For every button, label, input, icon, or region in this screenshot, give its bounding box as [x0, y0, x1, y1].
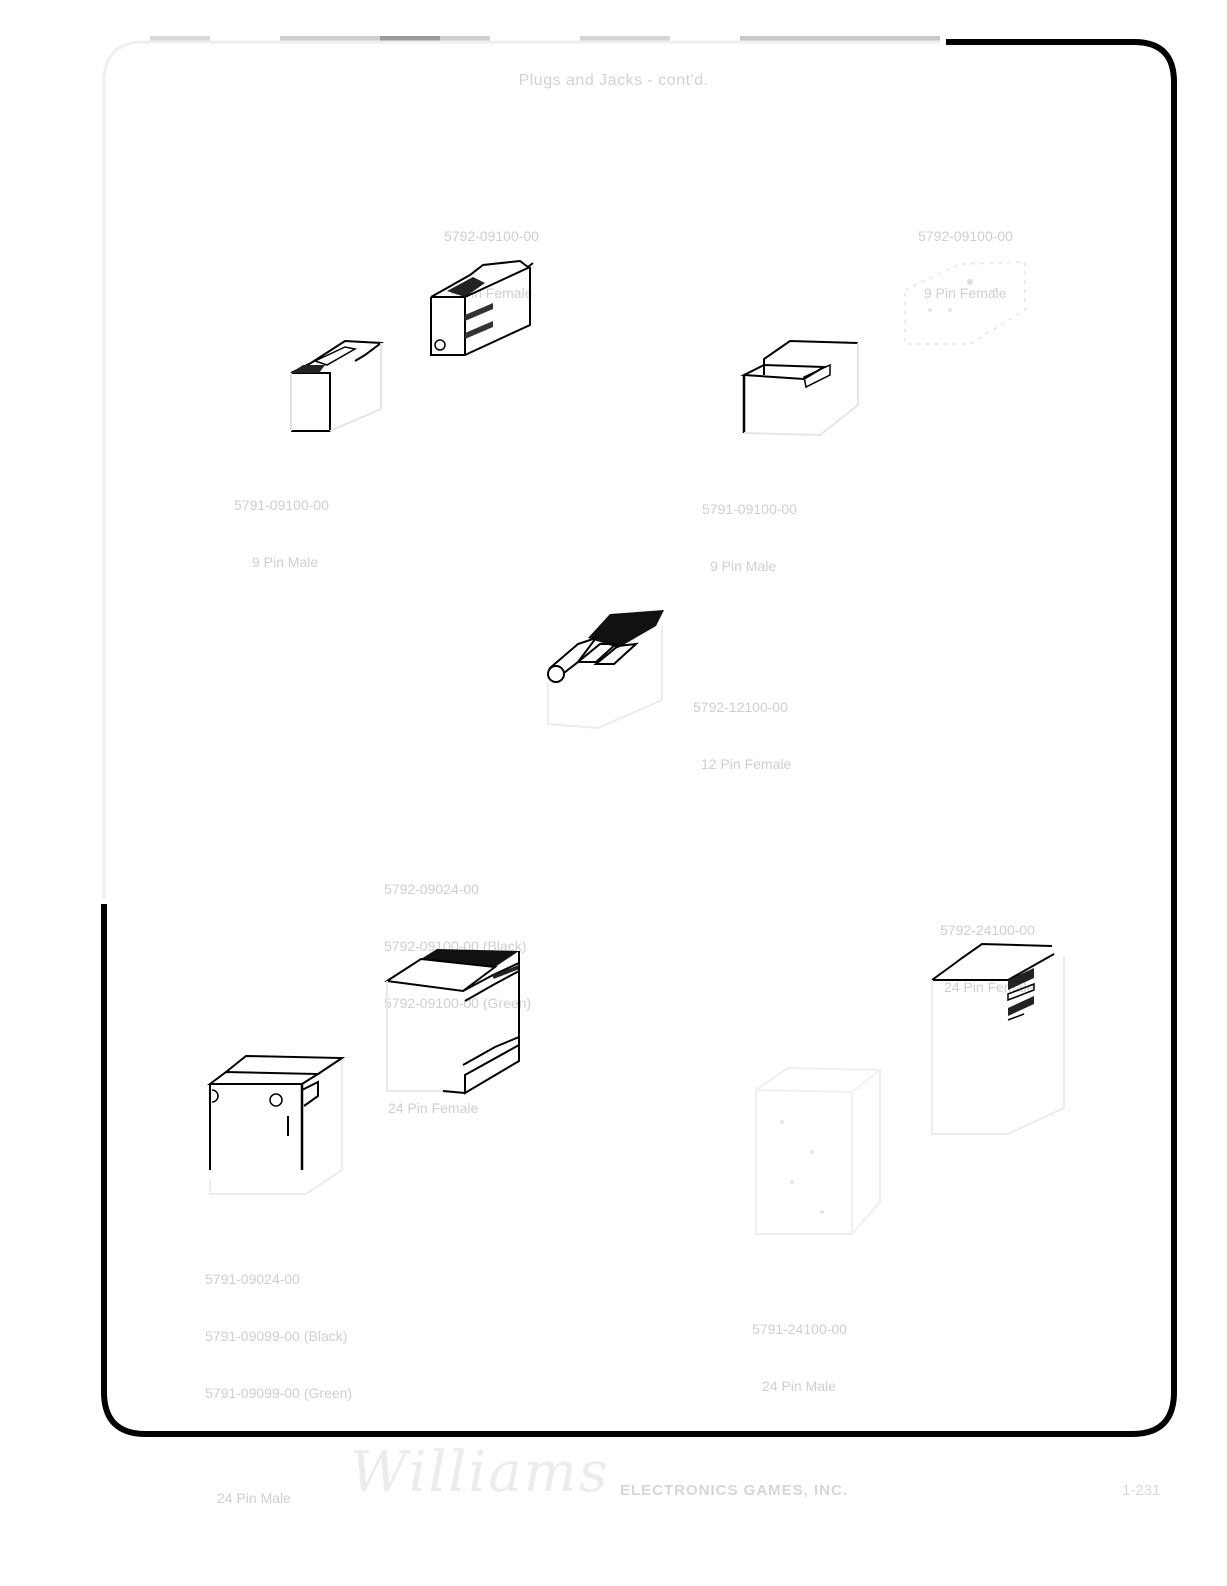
9-pin-female-connector-icon: [900, 250, 1030, 355]
connector-label: 5792-12100-00 12 Pin Female: [693, 660, 791, 793]
connector-label: 5791-09100-00 9 Pin Male: [702, 462, 797, 595]
24-pin-female-connector-icon: [383, 945, 528, 1100]
9-pin-male-connector-icon: [740, 335, 865, 440]
connector-label: 5791-09100-00 9 Pin Male: [234, 458, 329, 591]
9-pin-female-connector-icon: [425, 255, 540, 365]
scan-artifact: [150, 36, 210, 41]
24-pin-male-connector-icon: [206, 1050, 351, 1200]
24-pin-female-connector-icon: [928, 938, 1073, 1143]
scan-artifact: [580, 36, 670, 41]
9-pin-male-connector-icon: [285, 335, 390, 440]
page-number: 1-231: [1122, 1482, 1160, 1499]
page-title: Plugs and Jacks - cont'd.: [0, 72, 1227, 90]
24-pin-male-connector-icon: [752, 1062, 887, 1242]
company-name: ELECTRONICS GAMES, INC.: [620, 1482, 848, 1499]
scan-artifact: [380, 36, 440, 41]
connector-label: 5791-24100-00 24 Pin Male: [752, 1282, 847, 1415]
scan-artifact: [740, 36, 940, 41]
williams-logo: Williams: [350, 1440, 609, 1505]
12-pin-female-connector-icon: [538, 604, 668, 734]
page-border: [100, 38, 1178, 1438]
connector-label: 5791-09024-00 5791-09099-00 (Black) 5791…: [205, 1232, 352, 1527]
